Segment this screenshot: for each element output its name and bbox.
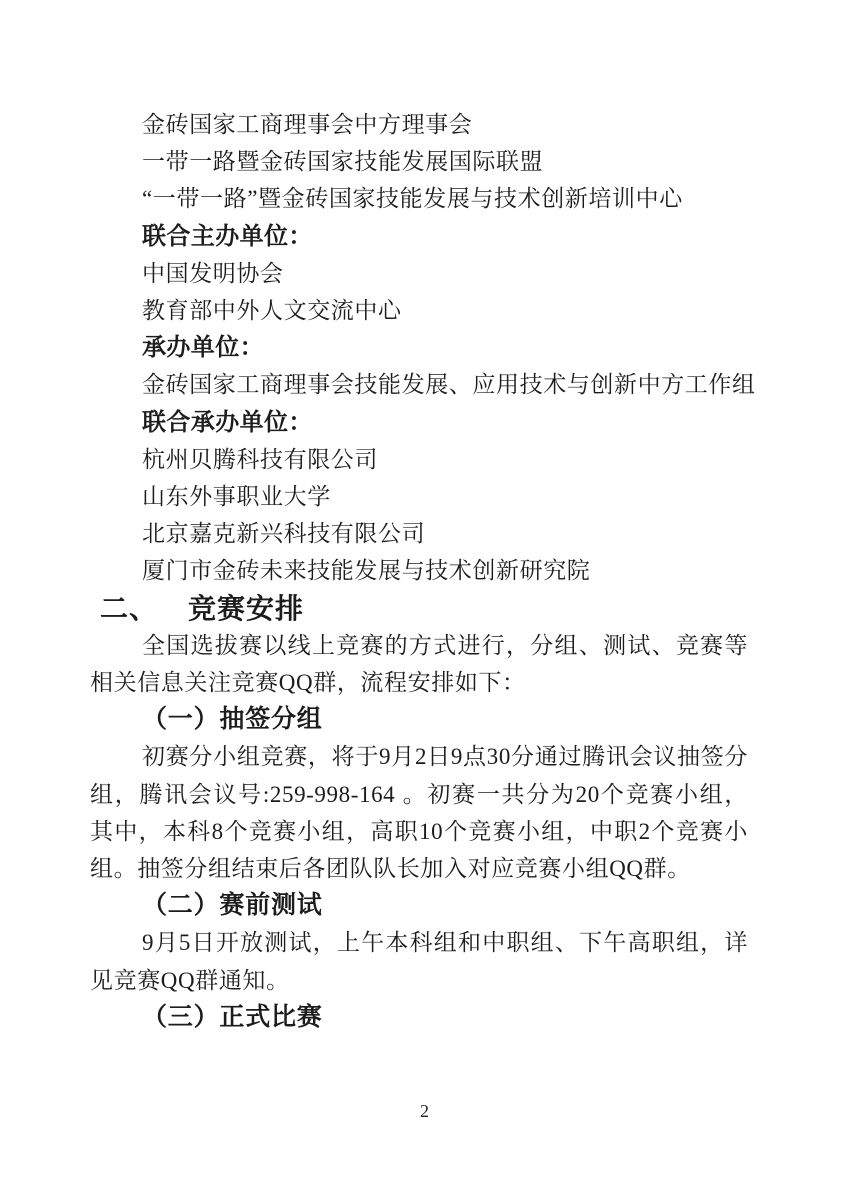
document-page: 金砖国家工商理事会中方理事会 一带一路暨金砖国家技能发展国际联盟 “一带一路”暨… [0, 0, 849, 1200]
subsection-heading-2: （二）赛前测试 [90, 887, 748, 924]
co-undertaker-unit-line: 山东外事职业大学 [90, 478, 748, 515]
co-undertaker-label: 联合承办单位： [90, 404, 748, 441]
co-host-label: 联合主办单位： [90, 218, 748, 255]
host-unit-line: 金砖国家工商理事会中方理事会 [90, 106, 748, 143]
undertaker-unit-line: 金砖国家工商理事会技能发展、应用技术与创新中方工作组 [90, 366, 748, 403]
subsection-body-1: 初赛分小组竞赛，将于9月2日9点30分通过腾讯会议抽签分组，腾讯会议号:259-… [90, 738, 748, 887]
section-heading: 二、竞赛安排 [90, 590, 748, 627]
section-number: 二、 [100, 593, 158, 624]
undertaker-label: 承办单位： [90, 329, 748, 366]
page-number: 2 [0, 1100, 849, 1122]
co-undertaker-unit-line: 杭州贝腾科技有限公司 [90, 441, 748, 478]
document-body: 金砖国家工商理事会中方理事会 一带一路暨金砖国家技能发展国际联盟 “一带一路”暨… [90, 106, 748, 1036]
section-title: 竞赛安排 [188, 593, 304, 624]
subsection-body-2: 9月5日开放测试，上午本科组和中职组、下午高职组，详见竞赛QQ群通知。 [90, 924, 748, 998]
section-intro-paragraph: 全国选拔赛以线上竞赛的方式进行，分组、测试、竞赛等相关信息关注竞赛QQ群，流程安… [90, 627, 748, 701]
co-host-unit-line: 中国发明协会 [90, 255, 748, 292]
co-undertaker-unit-line: 厦门市金砖未来技能发展与技术创新研究院 [90, 552, 748, 589]
co-host-unit-line: 教育部中外人文交流中心 [90, 292, 748, 329]
host-unit-line: “一带一路”暨金砖国家技能发展与技术创新培训中心 [90, 180, 748, 217]
subsection-heading-1: （一）抽签分组 [90, 701, 748, 738]
co-undertaker-unit-line: 北京嘉克新兴科技有限公司 [90, 515, 748, 552]
subsection-heading-3: （三）正式比赛 [90, 999, 748, 1036]
host-unit-line: 一带一路暨金砖国家技能发展国际联盟 [90, 143, 748, 180]
